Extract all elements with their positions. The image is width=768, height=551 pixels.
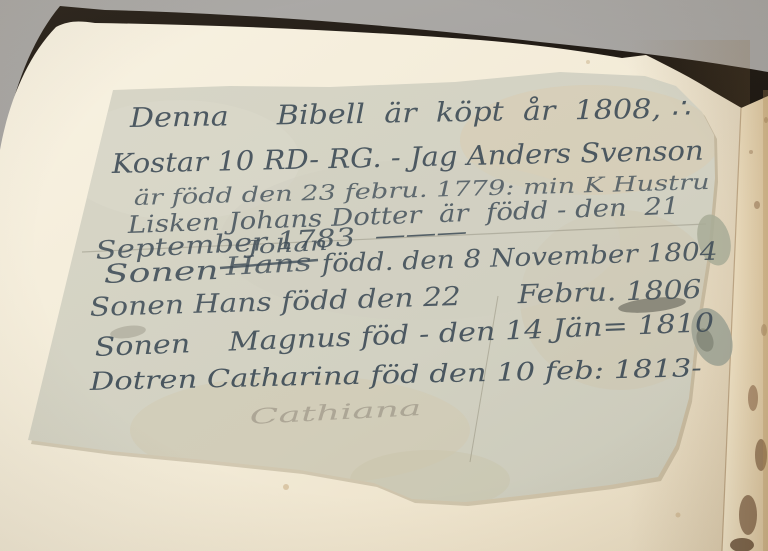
book-photo: Denna Bibell är köpt år 1808, ∴ Kostar 1… bbox=[0, 0, 768, 551]
book-photo-canvas: Denna Bibell är köpt år 1808, ∴ Kostar 1… bbox=[0, 0, 768, 551]
vignette-overlay bbox=[0, 0, 768, 551]
